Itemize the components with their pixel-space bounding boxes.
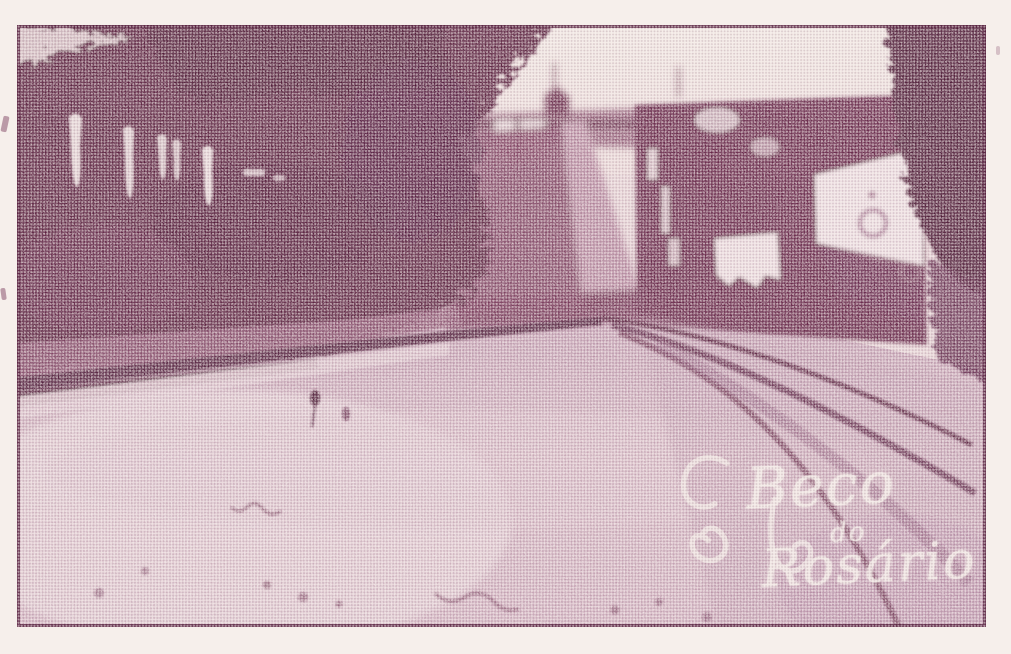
postcard: Beco do Rosário bbox=[0, 0, 1011, 654]
photo-beco-do-rosario: Beco do Rosário bbox=[17, 25, 986, 627]
print-artifact bbox=[0, 288, 7, 301]
print-artifact bbox=[0, 116, 9, 133]
caption-flourish-icon bbox=[668, 438, 844, 595]
photo-caption: Beco do Rosário bbox=[668, 432, 986, 627]
print-artifact bbox=[996, 46, 1000, 55]
